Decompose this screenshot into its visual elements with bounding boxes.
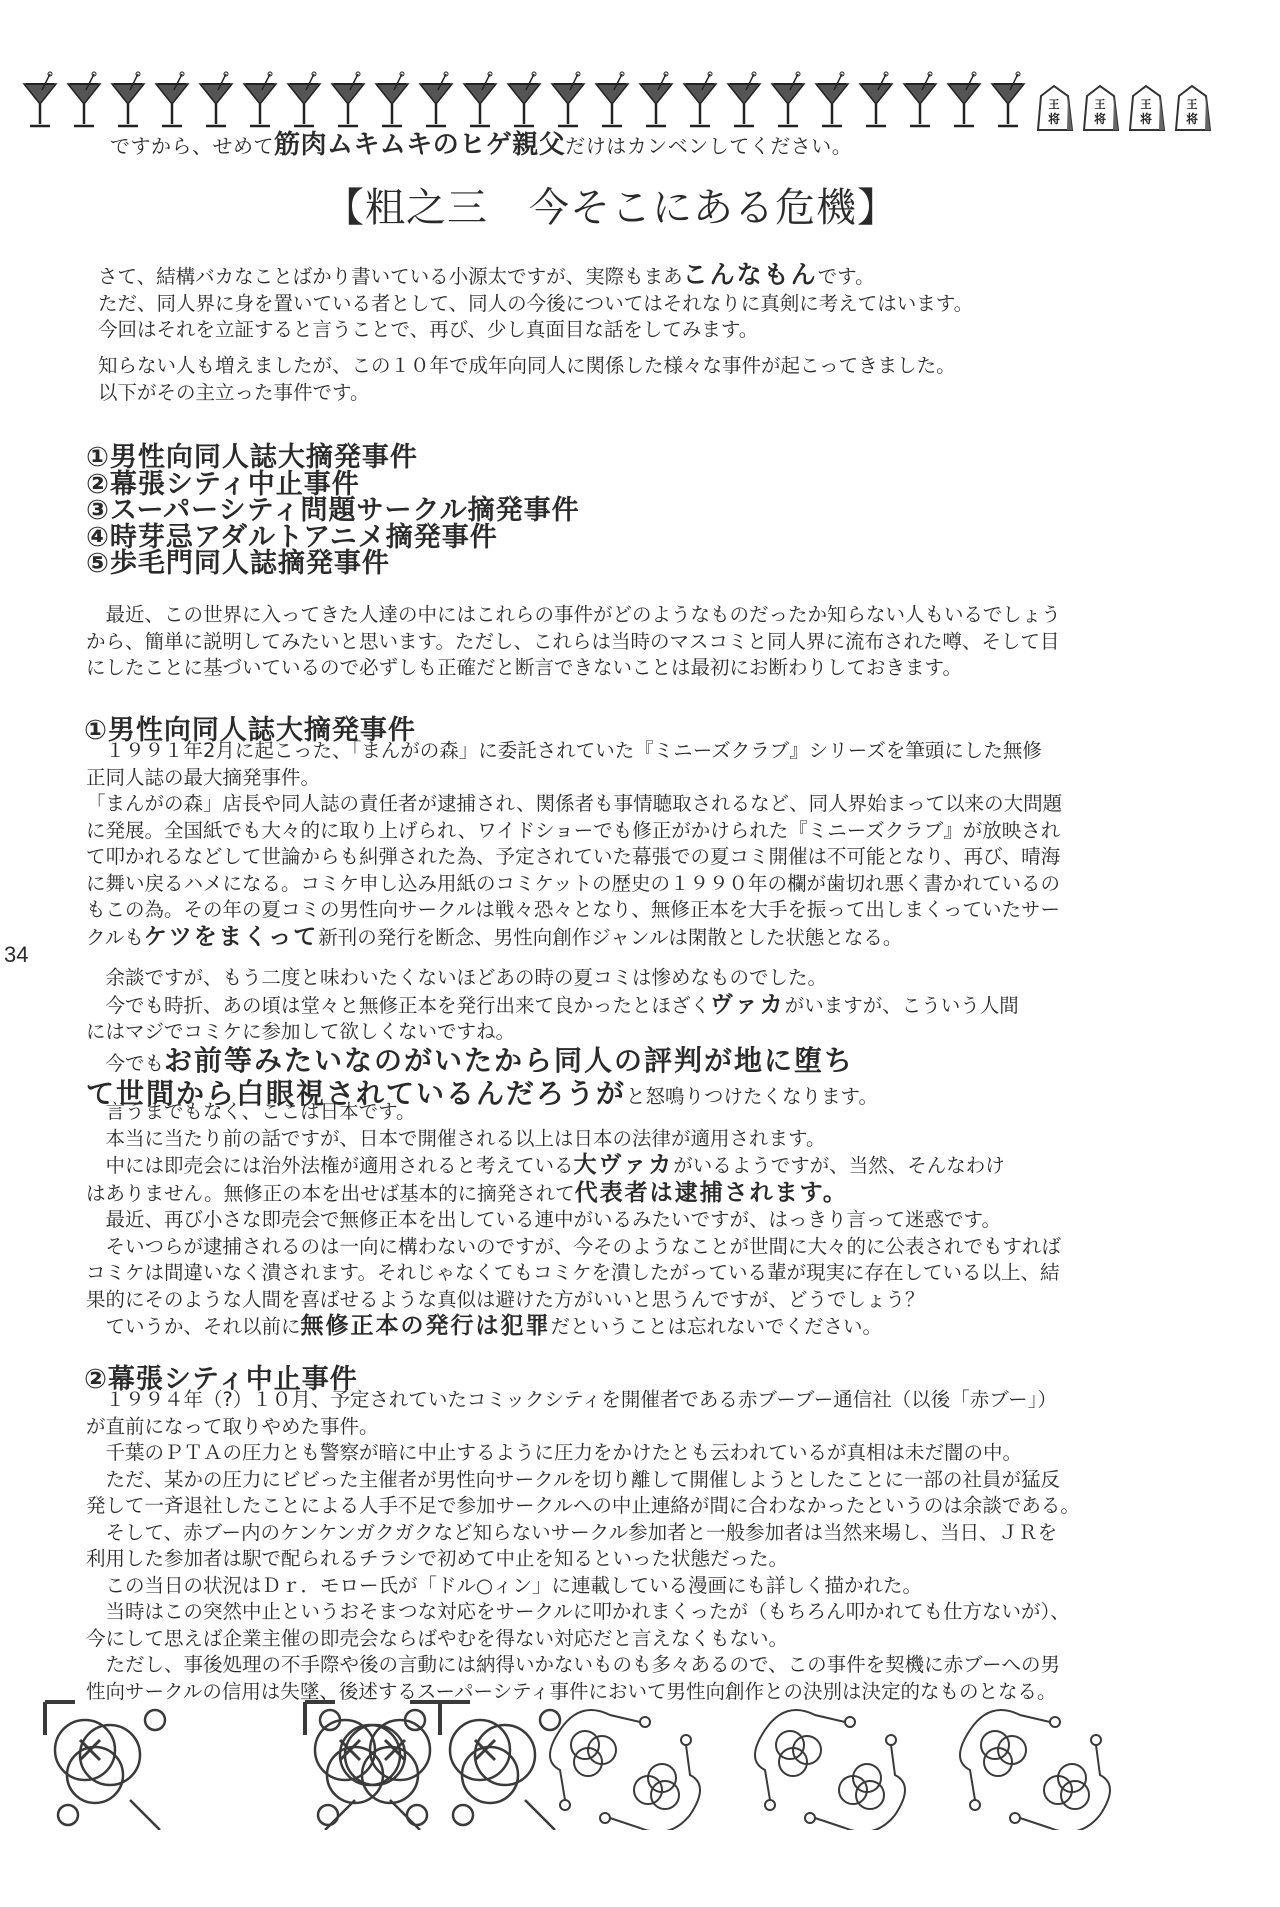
text: 中には即売会には治外法権が適用されると考えている <box>86 1154 574 1177</box>
text: 新刊の発行を断念、男性向創作ジャンルは閑散とした状態となる。 <box>318 926 902 949</box>
cocktail-glass-icon <box>458 70 502 132</box>
cocktail-glass-icon <box>194 70 238 132</box>
bottom-decorative-border <box>30 1700 1270 1830</box>
body-line: 「まんがの森」店長や同人誌の責任者が逮捕され、関係者も事情聴取されるなど、同人界… <box>86 791 1181 818</box>
intro-emphasis: 筋肉ムキムキのヒゲ親父 <box>274 130 565 160</box>
body-line: 最近、再び小さな即売会で無修正本を出している連中がいるみたいですが、はっきり言っ… <box>86 1207 1181 1234</box>
cocktail-glass-icon <box>326 70 370 132</box>
opening-line: 知らない人も増えましたが、この１０年で成年向同人に関係した様々な事件が起こってき… <box>98 353 1193 380</box>
section-1-body: １９９１年2月に起こった、「まんがの森」に委託されていた『ミニーズクラブ』シリー… <box>86 738 1181 951</box>
body-line: ただし、事後処理の不手際や後の言動には納得いかないものも多々あるので、この事件を… <box>86 1652 1181 1679</box>
cocktail-glass-icon <box>854 70 898 132</box>
cocktail-glass-icon <box>898 70 942 132</box>
shogi-king-piece-icon: 王将 <box>1124 82 1168 132</box>
body-line: に舞い戻るハメになる。コミケ申し込み用紙のコミケットの歴史の１９９０年の欄が歯切… <box>86 871 1181 898</box>
cocktail-glass-icon <box>942 70 986 132</box>
cocktail-glass-icon <box>106 70 150 132</box>
emphasis-text: こんなもん <box>683 260 818 289</box>
cocktail-glass-icon <box>590 70 634 132</box>
body-line: て叩かれるなどして世論からも糾弾された為、予定されていた幕張での夏コミ開催は不可… <box>86 844 1181 871</box>
emphasis-text: 無修正本の発行は犯罪 <box>301 1313 551 1339</box>
body-line: にはマジでコミケに参加して欲しくないですね。 <box>86 1019 1181 1046</box>
cocktail-glass-icon <box>18 70 62 132</box>
text: はありません。無修正の本を出せば基本的に摘発されて <box>86 1182 575 1205</box>
shogi-king-piece-icon: 王将 <box>1032 82 1076 132</box>
text: だということは忘れないでください。 <box>551 1315 883 1338</box>
body-line: もこの為。その年の夏コミの男性向サークルは戦々恐々となり、無修正本を大手を振って… <box>86 897 1181 924</box>
incident-list-item: ①男性向同人誌大摘発事件 <box>86 445 580 472</box>
body-line: 正同人誌の最大摘発事件。 <box>86 765 1181 792</box>
shogi-king-piece-icon: 王将 <box>1078 82 1122 132</box>
body-line: １９９１年2月に起こった、「まんがの森」に委託されていた『ミニーズクラブ』シリー… <box>86 738 1181 765</box>
body-line: 今でも時折、あの頃は堂々と無修正本を発行出来て良かったとほざくヴァカがいますが、… <box>86 992 1181 1020</box>
svg-text:王: 王 <box>1095 97 1106 111</box>
section-2-body: １９９４年（?）１０月、予定されていたコミックシティを開催者である赤ブーブー通信… <box>86 1387 1181 1705</box>
opening-line: さて、結構バカなことばかり書いている小源太ですが、実際もまあこんなもんです。 <box>98 262 1193 291</box>
body-line: 千葉のＰＴＡの圧力とも警察が暗に中止するように圧力をかけたとも云われているが真相… <box>86 1440 1181 1467</box>
opening-line: 今回はそれを立証すると言うことで、再び、少し真面目な話をしてみます。 <box>98 317 1193 344</box>
text: さて、結構バカなことばかり書いている小源太ですが、実際もまあ <box>98 265 683 288</box>
cocktail-glass-icon <box>150 70 194 132</box>
cocktail-glass-icon <box>986 70 1030 132</box>
svg-text:将: 将 <box>1140 111 1152 126</box>
svg-text:王: 王 <box>1141 97 1152 111</box>
cocktail-glass-icon <box>370 70 414 132</box>
body-line: 利用した参加者は駅で配られるチラシで初めて中止を知るといった状態だった。 <box>86 1546 1181 1573</box>
body-line: ていうか、それ以前に無修正本の発行は犯罪だということは忘れないでください。 <box>86 1313 1181 1341</box>
emphasis-text: ヴァカ <box>710 992 785 1018</box>
svg-text:王: 王 <box>1049 97 1060 111</box>
svg-text:王: 王 <box>1187 97 1198 111</box>
body-line: コミケは間違いなく潰されます。それじゃなくてもコミケを潰したがっている輩が現実に… <box>86 1260 1181 1287</box>
page-title: 【粗之三 今そこにある危機】 <box>324 176 898 233</box>
disclaimer-line: から、簡単に説明してみたいと思います。ただし、これらは当時のマスコミと同人界に流… <box>86 629 1181 656</box>
text: クルも <box>86 926 144 949</box>
body-line: はありません。無修正の本を出せば基本的に摘発されて代表者は逮捕されます。 <box>86 1180 1181 1208</box>
opening-line: 以下がその主立った事件です。 <box>98 380 1193 407</box>
incident-list-item: ⑤歩毛門同人誌摘発事件 <box>86 551 580 578</box>
aside-paragraph: 余談ですが、もう二度と味わいたくないほどあの時の夏コミは惨めなものでした。 今で… <box>86 965 1181 1111</box>
shogi-king-piece-icon: 王将 <box>1170 82 1214 132</box>
svg-text:将: 将 <box>1186 111 1198 126</box>
emphasis-text: 代表者は逮捕されます。 <box>575 1180 848 1206</box>
cocktail-glass-icon <box>62 70 106 132</box>
emphasis-text: 大ヴァカ <box>574 1152 674 1178</box>
svg-text:将: 将 <box>1094 111 1106 126</box>
law-paragraph: 言うまでもなく、ここは日本です。 本当に当たり前の話ですが、日本で開催される以上… <box>86 1099 1181 1341</box>
body-line: 中には即売会には治外法権が適用されると考えている大ヴァカがいるようですが、当然、… <box>86 1152 1181 1180</box>
opening-line: ただ、同人界に身を置いている者として、同人の今後についてはそれなりに真剣に考えて… <box>98 291 1193 318</box>
disclaimer-line: にしたことに基づいているので必ずしも正確だと断言できないことは最初にお断わりして… <box>86 655 1181 682</box>
body-line: に発展。全国紙でも大々的に取り上げられ、ワイドショーでも修正がかけられた『ミニー… <box>86 818 1181 845</box>
opening-paragraph: さて、結構バカなことばかり書いている小源太ですが、実際もまあこんなもんです。 た… <box>98 262 1193 344</box>
body-line: この当日の状況はＤｒ．モロー氏が「ドル○ィン」に連載している漫画にも詳しく描かれ… <box>86 1573 1181 1600</box>
body-line: 余談ですが、もう二度と味わいたくないほどあの時の夏コミは惨めなものでした。 <box>86 965 1181 992</box>
svg-text:将: 将 <box>1048 111 1060 126</box>
body-line: 本当に当たり前の話ですが、日本で開催される以上は日本の法律が適用されます。 <box>86 1126 1181 1153</box>
text: がいるようですが、当然、そんなわけ <box>673 1154 1005 1177</box>
cocktail-glass-icon <box>810 70 854 132</box>
body-line: １９９４年（?）１０月、予定されていたコミックシティを開催者である赤ブーブー通信… <box>86 1387 1181 1414</box>
body-line: 今にして思えば企業主催の即売会ならばやむを得ない対応だと言えなくもない。 <box>86 1626 1181 1653</box>
intro-text-pre: ですから、せめて <box>110 134 274 158</box>
cocktail-glass-icon <box>678 70 722 132</box>
cocktail-glass-icon <box>634 70 678 132</box>
cocktail-glass-icon <box>414 70 458 132</box>
cocktail-glass-icon <box>238 70 282 132</box>
body-line: 言うまでもなく、ここは日本です。 <box>86 1099 1181 1126</box>
text: です。 <box>818 265 875 288</box>
intro-text-post: だけはカンベンしてください。 <box>565 134 852 158</box>
body-line: そして、赤ブー内のケンケンガクガクなど知らないサークル参加者と一般参加者は当然来… <box>86 1520 1181 1547</box>
body-line: ただ、某かの圧力にビビった主催者が男性向サークルを切り離して開催しようとしたこと… <box>86 1467 1181 1494</box>
cocktail-glass-icon <box>502 70 546 132</box>
text: 今でも <box>86 1052 164 1075</box>
opening-paragraph-2: 知らない人も増えましたが、この１０年で成年向同人に関係した様々な事件が起こってき… <box>98 353 1193 406</box>
incident-list-item: ③スーパーシティ問題サークル摘発事件 <box>86 498 580 525</box>
disclaimer-line: 最近、この世界に入ってきた人達の中にはこれらの事件がどのようなものだったか知らな… <box>86 602 1181 629</box>
rant-line: 今でもお前等みたいなのがいたから同人の評判が地に堕ち <box>86 1046 1181 1078</box>
text: 今でも時折、あの頃は堂々と無修正本を発行出来て良かったとほざく <box>86 994 710 1017</box>
body-line: 発して一斉退社したことによる人手不足で参加サークルへの中止連絡が間に合わなかった… <box>86 1493 1181 1520</box>
top-decorative-border: 王将王将王将王将 <box>18 70 1214 132</box>
emphasis-text: ケツをまくって <box>144 924 318 950</box>
text: がいますが、こういう人間 <box>785 994 1019 1017</box>
body-line: 果的にそのような人間を喜ばせるような真似は避けた方がいいと思うんですが、どうでし… <box>86 1287 1181 1314</box>
body-line: が直前になって取りやめた事件。 <box>86 1414 1181 1441</box>
body-line: 当時はこの突然中止というおそまつな対応をサークルに叩かれまくったが（もちろん叩か… <box>86 1599 1181 1626</box>
cocktail-glass-icon <box>282 70 326 132</box>
body-line: そいつらが逮捕されるのは一向に構わないのですが、今そのようなことが世間に大々的に… <box>86 1234 1181 1261</box>
intro-line: ですから、せめて筋肉ムキムキのヒゲ親父だけはカンベンしてください。 <box>110 124 852 161</box>
body-line: クルもケツをまくって新刊の発行を断念、男性向創作ジャンルは閑散とした状態となる。 <box>86 924 1181 952</box>
emphasis-text: お前等みたいなのがいたから同人の評判が地に堕ち <box>164 1044 854 1077</box>
cocktail-glass-icon <box>722 70 766 132</box>
incident-list: ①男性向同人誌大摘発事件 ②幕張シティ中止事件 ③スーパーシティ問題サークル摘発… <box>86 445 580 578</box>
disclaimer-paragraph: 最近、この世界に入ってきた人達の中にはこれらの事件がどのようなものだったか知らな… <box>86 602 1181 682</box>
cocktail-glass-icon <box>546 70 590 132</box>
page-number: 34 <box>4 942 28 968</box>
text: ていうか、それ以前に <box>86 1315 301 1338</box>
cocktail-glass-icon <box>766 70 810 132</box>
